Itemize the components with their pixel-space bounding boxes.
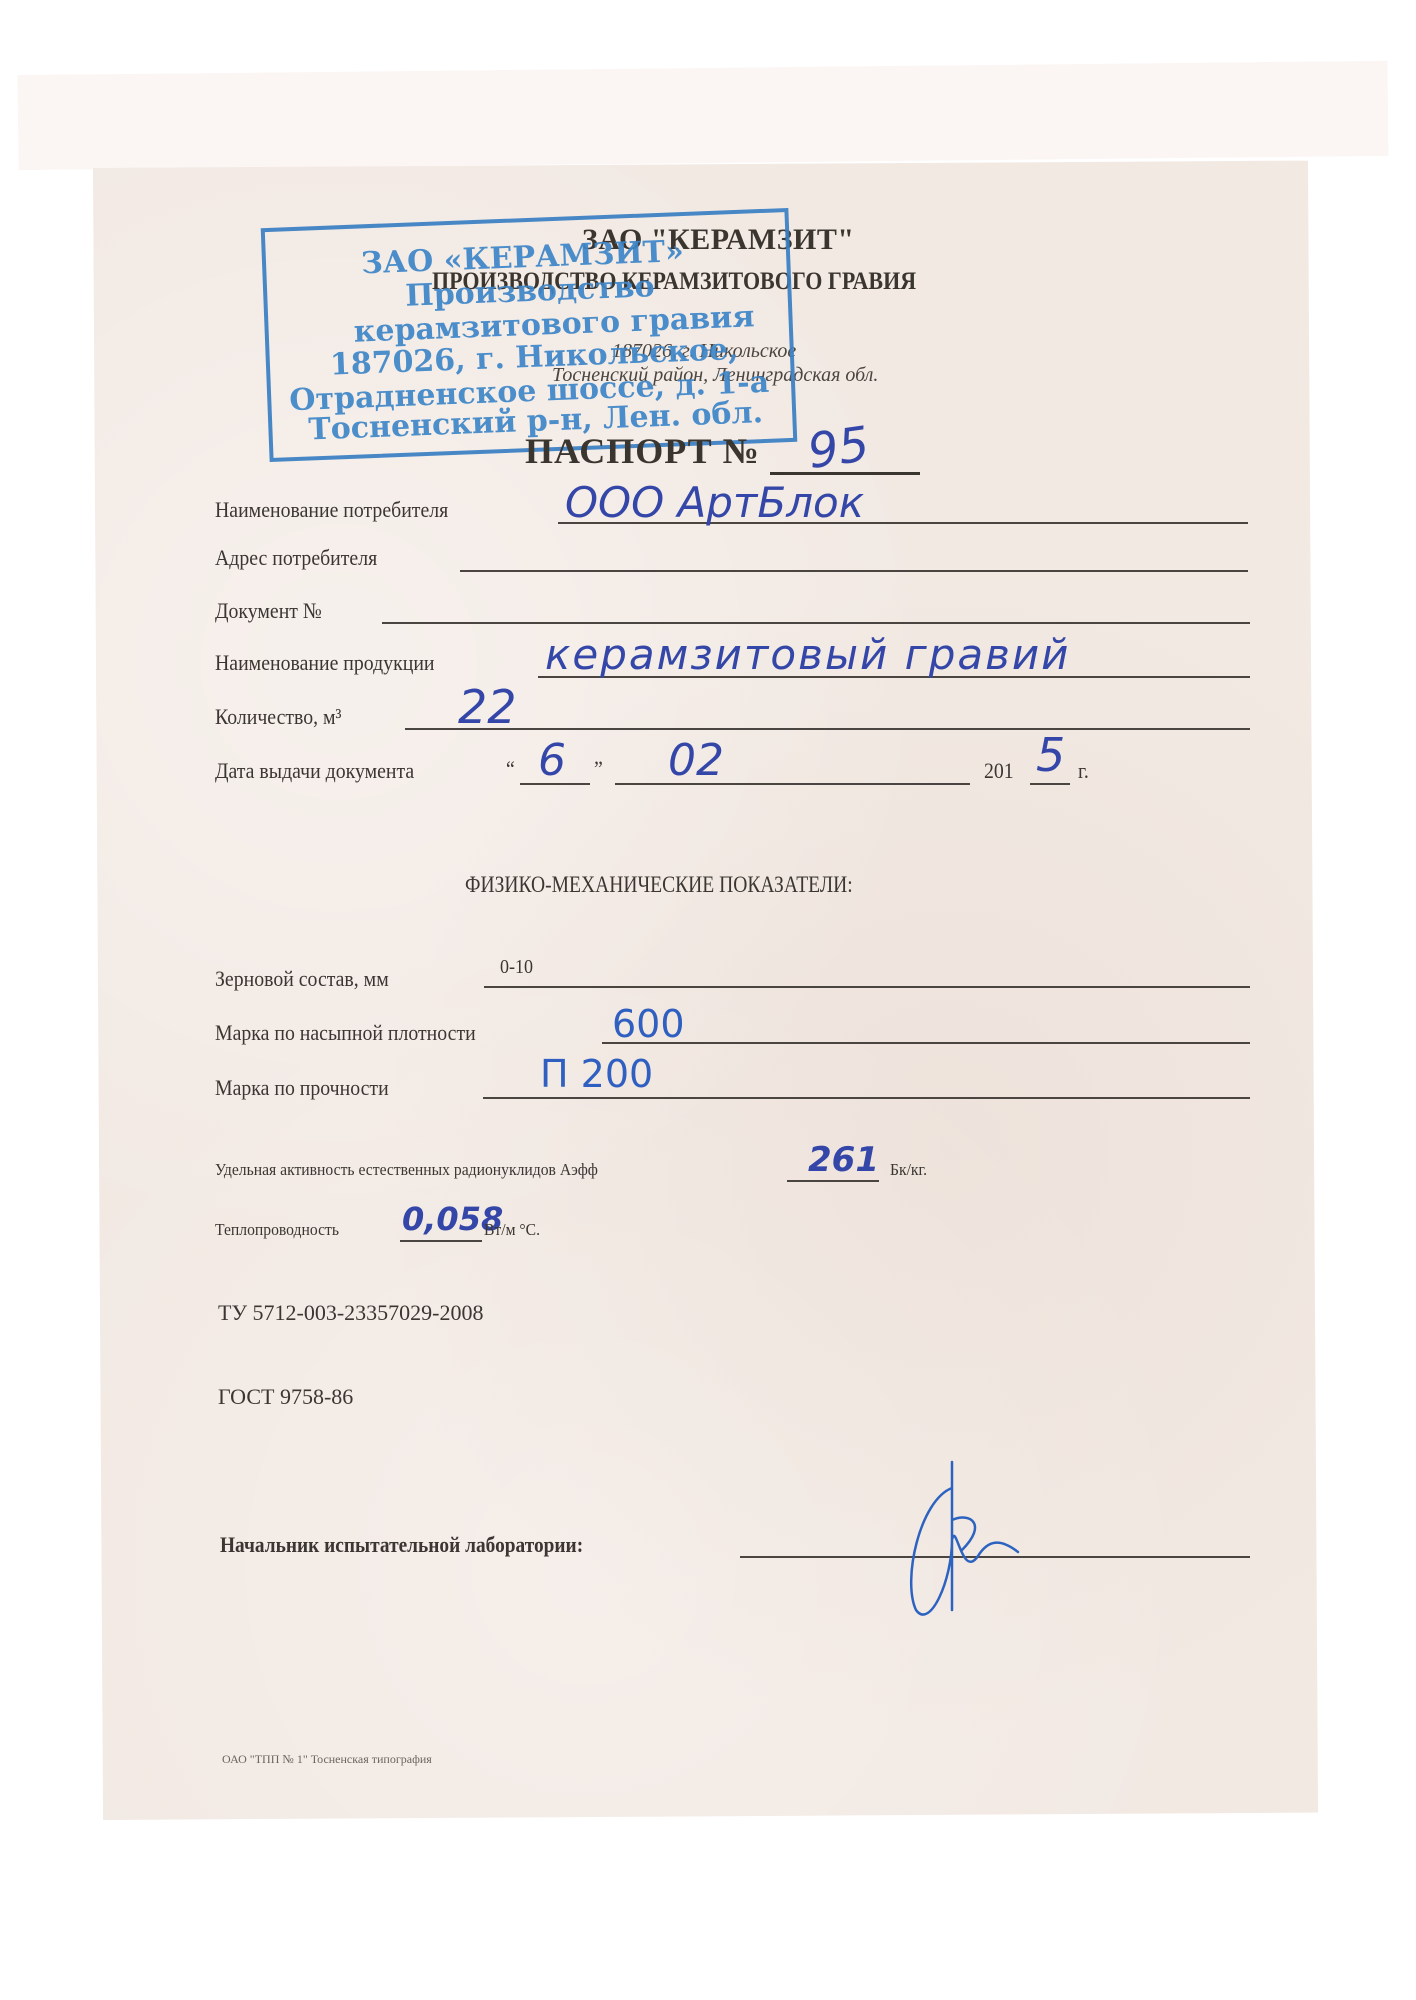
quantity-line xyxy=(405,728,1250,730)
technical-specification: ТУ 5712-003-23357029-2008 xyxy=(218,1300,484,1326)
issue-date-year-line xyxy=(1030,783,1070,785)
signature-icon xyxy=(890,1460,1050,1620)
thermal-conductivity-unit: Вт/м °С. xyxy=(484,1220,540,1240)
printer-imprint: ОАО "ТПП № 1" Тосненская типография xyxy=(222,1752,432,1767)
properties-section-title: ФИЗИКО-МЕХАНИЧЕСКИЕ ПОКАЗАТЕЛИ: xyxy=(465,872,853,898)
grain-composition-line xyxy=(484,986,1250,988)
radioactivity-unit: Бк/кг. xyxy=(890,1160,927,1180)
issue-date-open-quote: “ xyxy=(506,756,515,782)
strength-grade-label: Марка по прочности xyxy=(215,1075,389,1101)
quantity-value: 22 xyxy=(458,680,517,734)
density-grade-label: Марка по насыпной плотности xyxy=(215,1020,476,1046)
scan-background-strip xyxy=(18,61,1389,170)
consumer-address-label: Адрес потребителя xyxy=(215,545,377,571)
strength-grade-line xyxy=(483,1097,1250,1099)
issue-date-month-value: 02 xyxy=(668,735,724,786)
gost-standard: ГОСТ 9758-86 xyxy=(218,1384,353,1410)
company-stamp: ЗАО «КЕРАМЗИТ» Производство керамзитовог… xyxy=(261,208,798,462)
radioactivity-line xyxy=(787,1180,879,1182)
radioactivity-value: 261 xyxy=(808,1140,879,1180)
quantity-label: Количество, м³ xyxy=(215,704,342,730)
radioactivity-label: Удельная активность естественных радиону… xyxy=(215,1160,598,1180)
consumer-name-label: Наименование потребителя xyxy=(215,497,448,523)
lab-head-label: Начальник испытательной лаборатории: xyxy=(220,1532,583,1558)
product-name-label: Наименование продукции xyxy=(215,650,435,676)
consumer-address-line xyxy=(460,570,1248,572)
thermal-conductivity-label: Теплопроводность xyxy=(215,1220,339,1240)
document-number-line xyxy=(382,622,1250,624)
grain-composition-value: 0-10 xyxy=(500,956,533,979)
consumer-name-value: ООО АртБлок xyxy=(565,478,864,527)
issue-date-year-unit: г. xyxy=(1078,758,1089,784)
document-number-label: Документ № xyxy=(215,598,322,624)
density-grade-line xyxy=(602,1042,1250,1044)
passport-title: ПАСПОРТ № xyxy=(525,430,760,472)
density-grade-value: 600 xyxy=(612,1002,685,1046)
passport-number-value: 95 xyxy=(804,416,872,480)
issue-date-day-value: 6 xyxy=(538,735,566,786)
issue-date-close-quote: ” xyxy=(594,756,603,782)
grain-composition-label: Зерновой состав, мм xyxy=(215,966,389,992)
strength-grade-value: П 200 xyxy=(540,1052,653,1096)
thermal-conductivity-line xyxy=(400,1240,482,1242)
issue-date-year-value: 5 xyxy=(1036,728,1065,782)
issue-date-label: Дата выдачи документа xyxy=(215,758,414,784)
product-name-value: керамзитовый гравий xyxy=(545,630,1070,679)
issue-date-year-prefix: 201 xyxy=(984,758,1014,784)
